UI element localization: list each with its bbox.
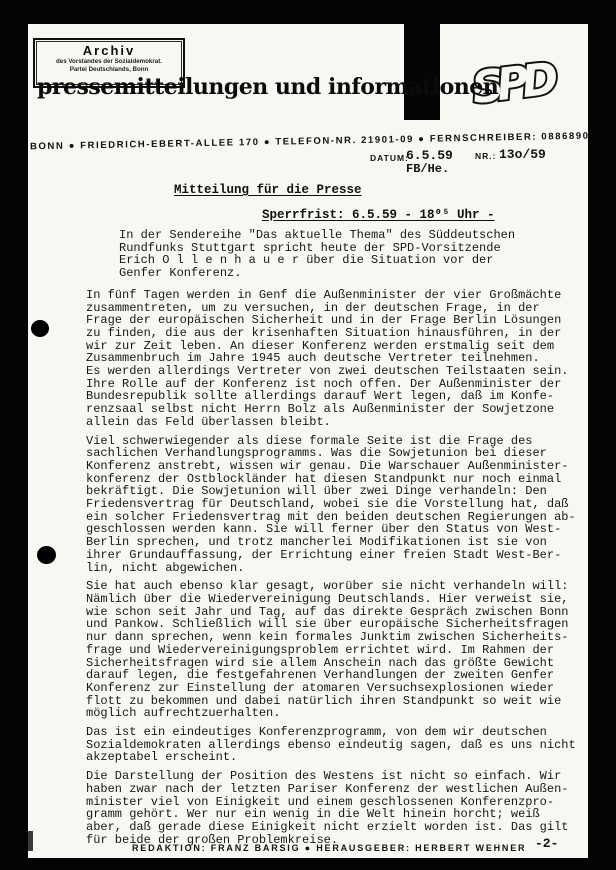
scan-smudge bbox=[28, 831, 33, 851]
ref-code: FB/He. bbox=[406, 162, 449, 176]
archive-stamp-line2: des Vorstandes der Sozialdemokrat. bbox=[39, 58, 180, 66]
paragraph-3: Sie hat auch ebenso klar gesagt, worüber… bbox=[86, 580, 582, 720]
footer-credits: REDAKTION: FRANZ BARSIG ● HERAUSGEBER: H… bbox=[132, 843, 526, 853]
punch-hole-bottom bbox=[37, 546, 56, 564]
document-page: Archiv des Vorstandes der Sozialdemokrat… bbox=[28, 24, 588, 858]
paragraph-2: Viel schwerwiegender als diese formale S… bbox=[86, 435, 582, 575]
scan-artifact-strip bbox=[404, 0, 440, 120]
archive-stamp-title: Archiv bbox=[35, 43, 183, 58]
paragraph-1: In fünf Tagen werden in Genf die Außenmi… bbox=[86, 289, 582, 429]
datum-label: DATUM: bbox=[370, 153, 409, 163]
nr-label: NR.: bbox=[475, 151, 496, 161]
datum-value: 6.5.59 bbox=[406, 148, 453, 163]
page-number: -2- bbox=[535, 836, 558, 851]
press-notice-heading: Mitteilung für die Presse bbox=[174, 183, 362, 197]
body-text: In der Sendereihe "Das aktuelle Thema" d… bbox=[86, 229, 582, 852]
embargo-heading: Sperrfrist: 6.5.59 - 18⁰⁵ Uhr - bbox=[262, 206, 495, 222]
scanned-press-release: { "stamp": { "title": "Archiv", "line2":… bbox=[0, 0, 616, 870]
masthead-title: pressemitteilungen und informationen bbox=[37, 74, 498, 100]
paragraph-4: Das ist ein eindeutiges Konferenzprogram… bbox=[86, 726, 582, 764]
nr-value: 13o/59 bbox=[499, 147, 546, 162]
punch-hole-top bbox=[31, 320, 49, 337]
archive-stamp-line3: Partei Deutschlands, Bonn bbox=[39, 66, 180, 74]
paragraph-5: Die Darstellung der Position des Westens… bbox=[86, 770, 582, 846]
lead-paragraph: In der Sendereihe "Das aktuelle Thema" d… bbox=[119, 229, 582, 280]
